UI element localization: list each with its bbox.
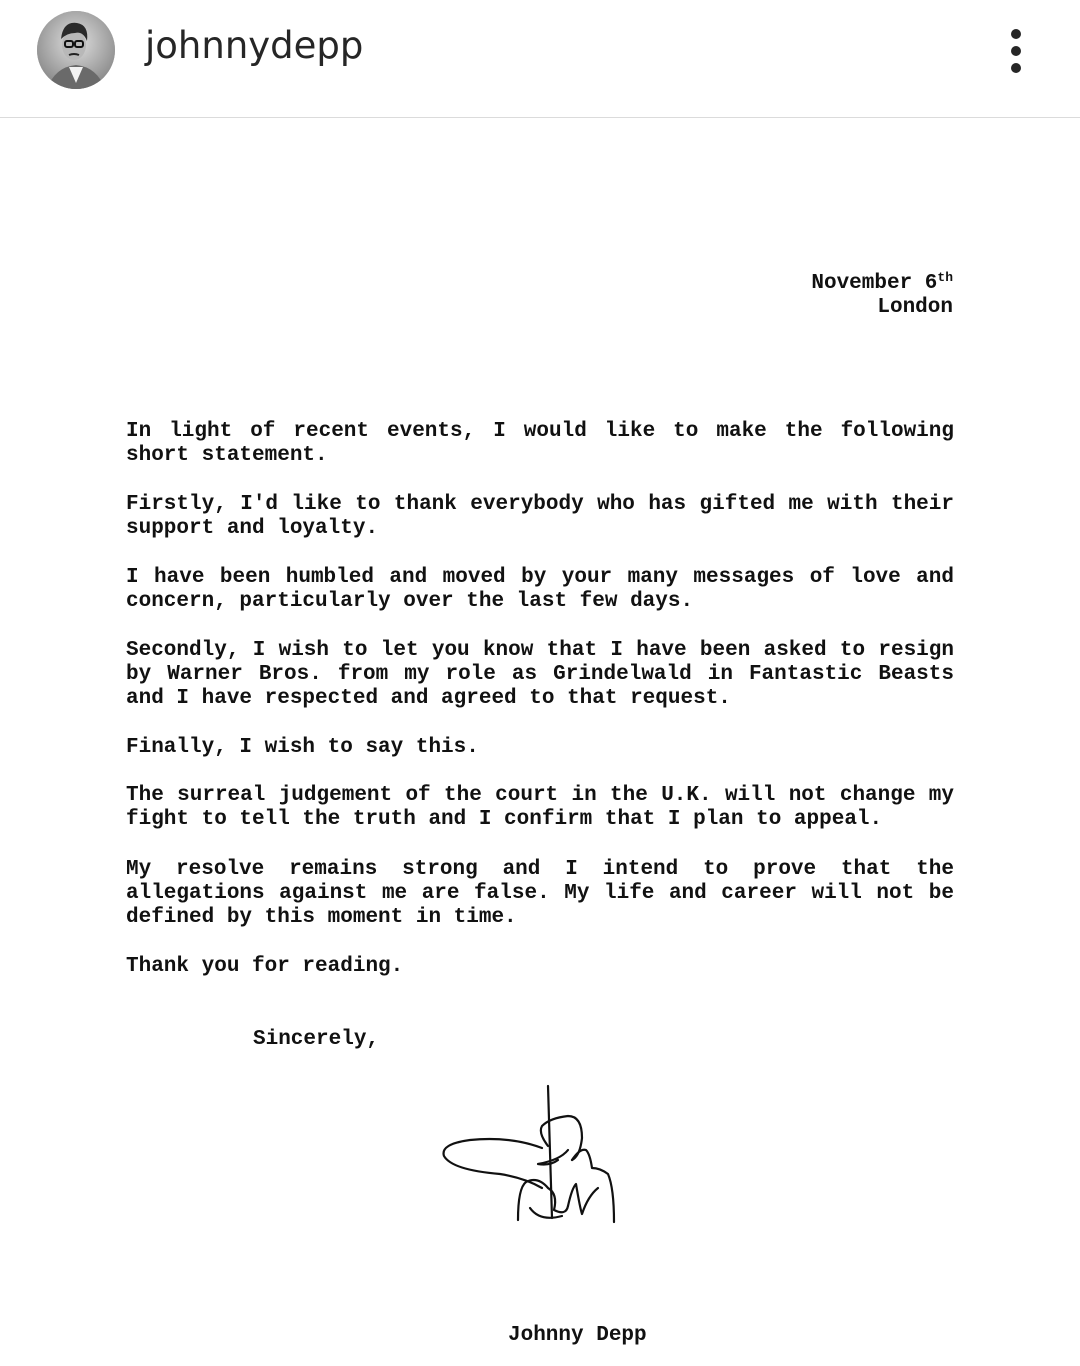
avatar[interactable] [37, 11, 115, 89]
more-vertical-icon [1011, 46, 1021, 56]
more-options-button[interactable] [1003, 26, 1029, 76]
profile-photo-icon [37, 11, 115, 89]
letter-image: November 6th London In light of recent e… [0, 118, 1080, 1366]
paragraph: Firstly, I'd like to thank everybody who… [126, 493, 954, 541]
signed-name: Johnny Depp [508, 1324, 647, 1347]
paragraph: I have been humbled and moved by your ma… [126, 566, 954, 614]
closing: Sincerely, [253, 1028, 379, 1051]
date-suffix: th [937, 270, 953, 285]
paragraph: Secondly, I wish to let you know that I … [126, 639, 954, 711]
letter-date: November 6th London [811, 272, 953, 320]
date-text: November 6 [811, 272, 937, 295]
post-header: johnnydepp [0, 0, 1080, 118]
paragraph: My resolve remains strong and I intend t… [126, 858, 954, 930]
more-vertical-icon [1011, 63, 1021, 73]
username[interactable]: johnnydepp [145, 24, 363, 67]
paragraph: In light of recent events, I would like … [126, 420, 954, 468]
paragraph: The surreal judgement of the court in th… [126, 784, 954, 832]
letter-place: London [811, 296, 953, 320]
paragraph: Thank you for reading. [126, 955, 954, 979]
more-vertical-icon [1011, 29, 1021, 39]
paragraph: Finally, I wish to say this. [126, 736, 954, 760]
handwritten-signature-icon [430, 1078, 650, 1228]
